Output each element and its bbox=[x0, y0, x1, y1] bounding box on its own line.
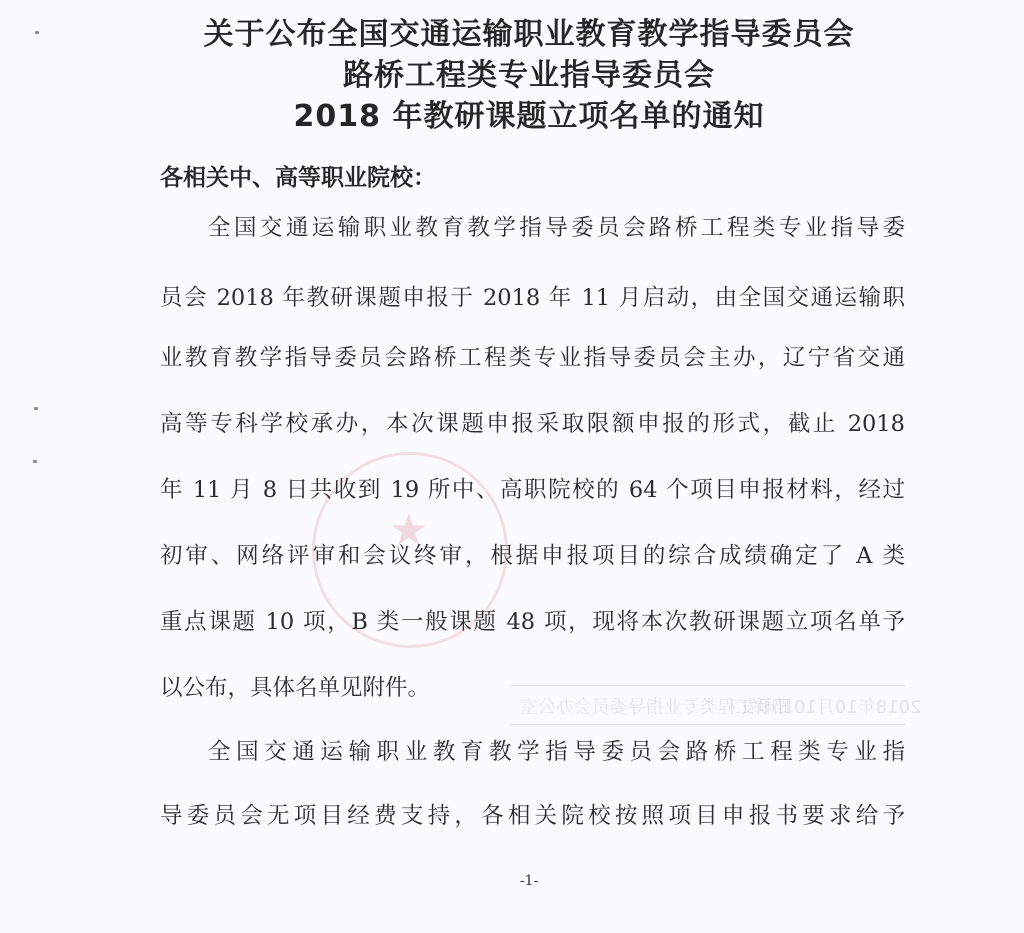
body-line: 年 11 月 8 日共收到 19 所中、高职院校的 64 个项目申报材料，经过 bbox=[160, 474, 905, 506]
bleed-through-rule bbox=[510, 724, 905, 725]
title-line-1: 关于公布全国交通运输职业教育教学指导委员会 bbox=[0, 14, 1024, 55]
body-line: 员会 2018 年教研课题申报于 2018 年 11 月启动，由全国交通运输职 bbox=[160, 282, 905, 314]
body-line: 导委员会无项目经费支持，各相关院校按照项目申报书要求给予 bbox=[160, 800, 905, 832]
body-line: 全国交通运输职业教育教学指导委员会路桥工程类专业指导委 bbox=[208, 212, 905, 244]
body-line: 高等专科学校承办，本次课题申报采取限额申报的形式，截止 2018 bbox=[160, 408, 905, 440]
title-line-3: 2018 年教研课题立项名单的通知 bbox=[0, 96, 1024, 137]
salutation: 各相关中、高等职业院校： bbox=[160, 162, 436, 194]
scan-artifact bbox=[34, 407, 38, 410]
body-line: 以公布，具体名单见附件。 bbox=[160, 672, 905, 704]
document-title: 关于公布全国交通运输职业教育教学指导委员会 路桥工程类专业指导委员会 2018 … bbox=[0, 14, 1024, 137]
body-line: 初审、网络评审和会议终审，根据申报项目的综合成绩确定了 A 类 bbox=[160, 540, 905, 572]
body-line: 全国交通运输职业教育教学指导委员会路桥工程类专业指 bbox=[208, 736, 905, 768]
scan-artifact bbox=[33, 460, 37, 463]
title-line-2: 路桥工程类专业指导委员会 bbox=[0, 55, 1024, 96]
body-line: 重点课题 10 项，B 类一般课题 48 项，现将本次教研课题立项名单予 bbox=[160, 606, 905, 638]
document-page: ★ 路桥工程类专业指导委员会办公室 2018年10月10日印发 关于公布全国交通… bbox=[0, 0, 1024, 933]
body-line: 业教育教学指导委员会路桥工程类专业指导委员会主办，辽宁省交通 bbox=[160, 342, 905, 374]
page-number: -1- bbox=[0, 873, 1024, 889]
